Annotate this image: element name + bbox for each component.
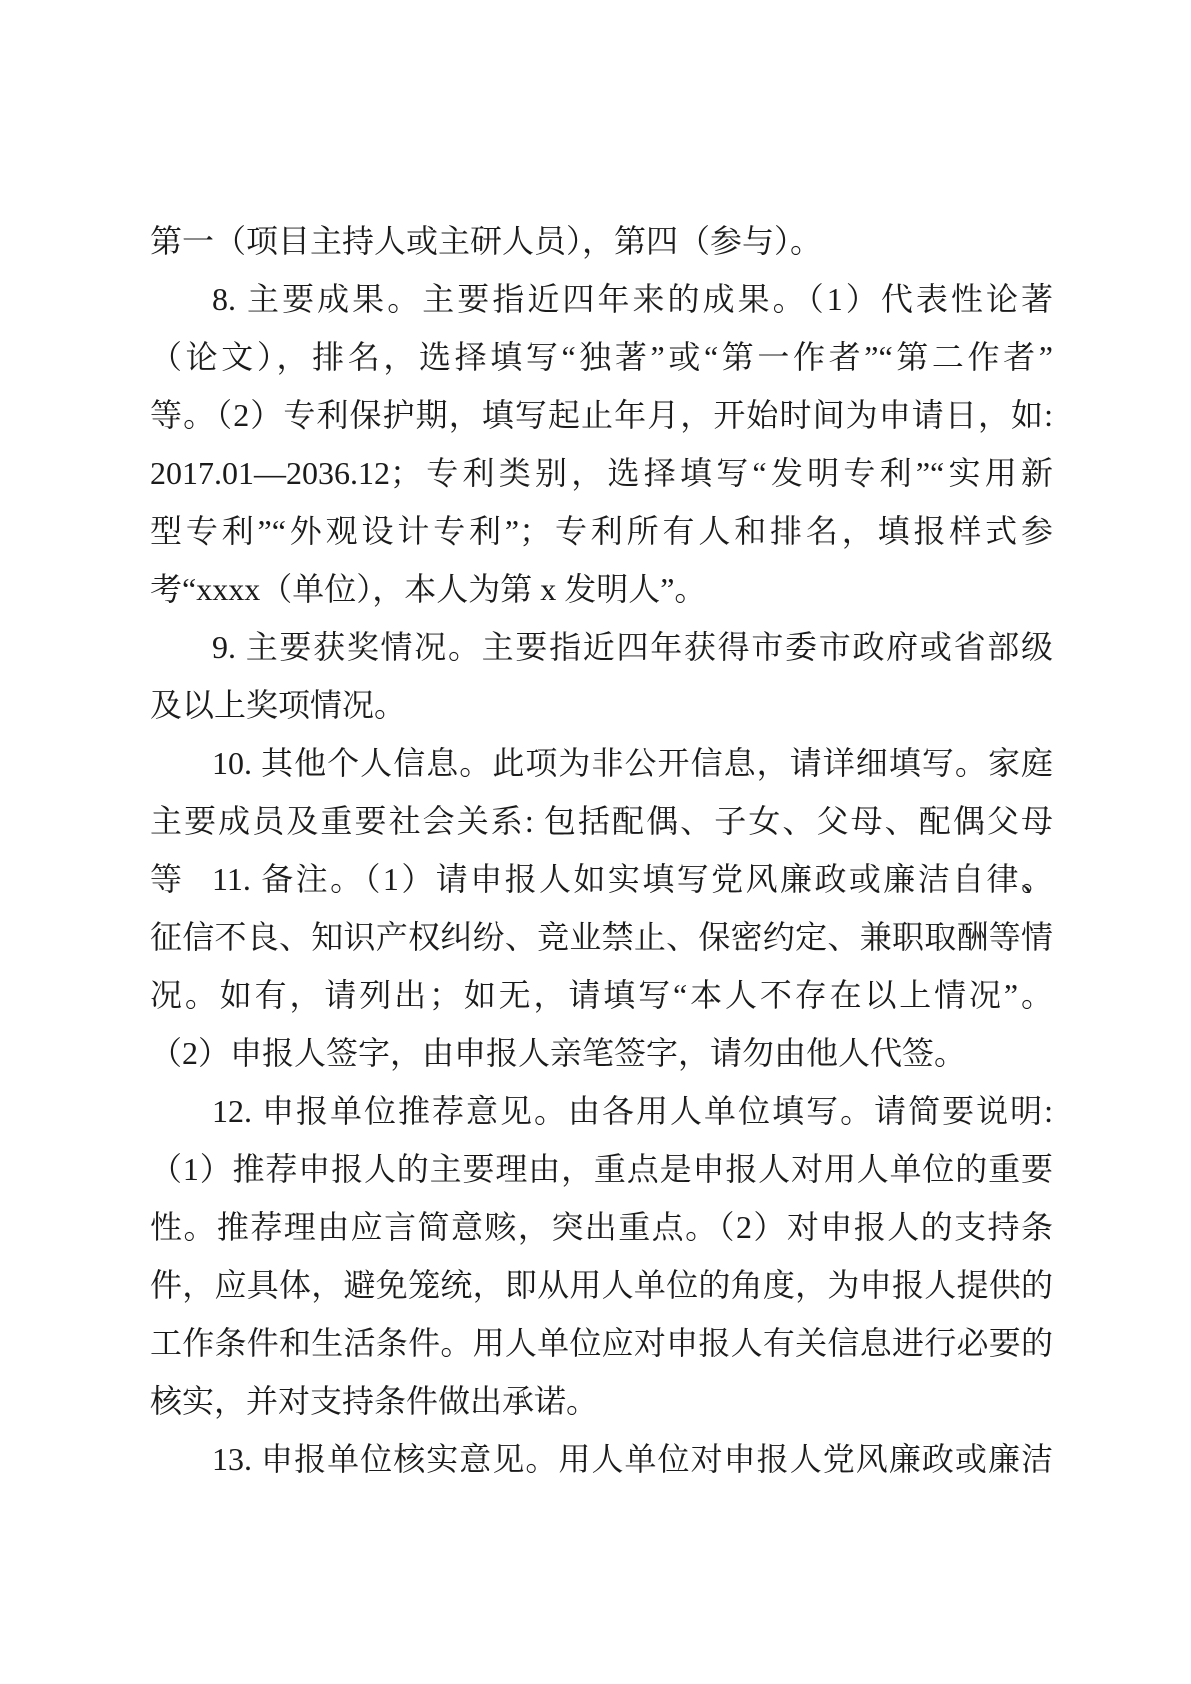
text-line: 10. 其他个人信息。此项为非公开信息，请详细填写。家庭 (150, 734, 1053, 792)
text-line: （1）推荐申报人的主要理由，重点是申报人对用人单位的重要 (150, 1140, 1053, 1198)
document-page: 第一（项目主持人或主研人员），第四（参与）。 8. 主要成果。主要指近四年来的成… (0, 0, 1191, 1684)
text-line: 件，应具体，避免笼统，即从用人单位的角度，为申报人提供的 (150, 1256, 1053, 1314)
text-line: 主要成员及重要社会关系: 包括配偶、子女、父母、配偶父母等。 (150, 792, 1053, 850)
text-line: （论文），排名，选择填写“独著”或“第一作者”“第二作者” (150, 328, 1053, 386)
text-line: 性。推荐理由应言简意赅，突出重点。（2）对申报人的支持条 (150, 1198, 1053, 1256)
text-line: 11. 备注。（1）请申报人如实填写党风廉政或廉洁自律、 (150, 850, 1053, 908)
text-line: 型专利”“外观设计专利”；专利所有人和排名，填报样式参 (150, 502, 1053, 560)
text-line: 2017.01—2036.12；专利类别，选择填写“发明专利”“实用新 (150, 444, 1053, 502)
text-line: （2）申报人签字，由申报人亲笔签字，请勿由他人代签。 (150, 1024, 1053, 1082)
text-line: 工作条件和生活条件。用人单位应对申报人有关信息进行必要的 (150, 1314, 1053, 1372)
text-line: 13. 申报单位核实意见。用人单位对申报人党风廉政或廉洁 (150, 1430, 1053, 1488)
text-line: 等。（2）专利保护期，填写起止年月，开始时间为申请日，如: (150, 386, 1053, 444)
text-line: 考“xxxx（单位），本人为第 x 发明人”。 (150, 560, 1053, 618)
text-line: 及以上奖项情况。 (150, 676, 1053, 734)
text-line: 12. 申报单位推荐意见。由各用人单位填写。请简要说明: (150, 1082, 1053, 1140)
text-line: 9. 主要获奖情况。主要指近四年获得市委市政府或省部级 (150, 618, 1053, 676)
text-line: 况。如有，请列出；如无，请填写“本人不存在以上情况”。 (150, 966, 1053, 1024)
text-line: 征信不良、知识产权纠纷、竞业禁止、保密约定、兼职取酬等情 (150, 908, 1053, 966)
text-line: 第一（项目主持人或主研人员），第四（参与）。 (150, 212, 1053, 270)
text-line: 核实，并对支持条件做出承诺。 (150, 1372, 1053, 1430)
text-line: 8. 主要成果。主要指近四年来的成果。（1）代表性论著 (150, 270, 1053, 328)
